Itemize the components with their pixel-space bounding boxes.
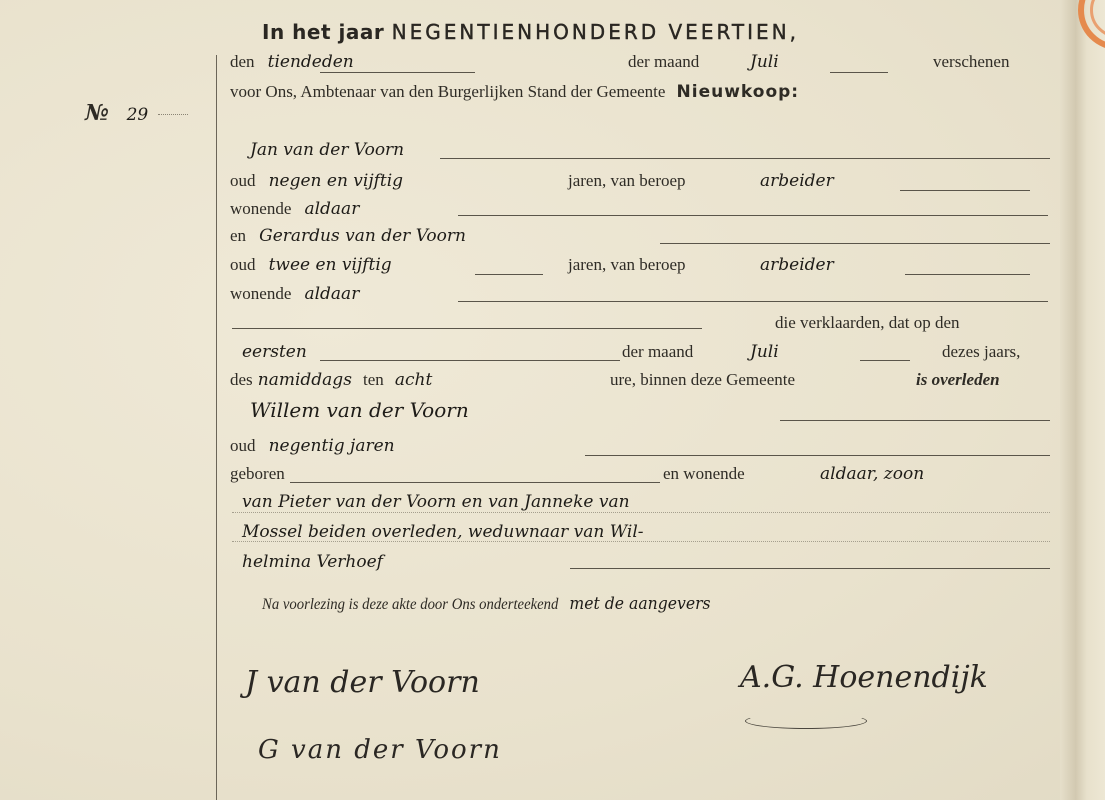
field-declarant-2-age: twee en vijftig — [269, 255, 392, 275]
rule — [232, 328, 702, 329]
field-declarant-1-occupation: arbeider — [760, 171, 834, 191]
rule — [900, 190, 1030, 191]
field-closing-hand: met de aangevers — [569, 594, 710, 614]
label-oud: oud — [230, 255, 256, 274]
margin-rule — [216, 55, 217, 800]
label-oud: oud — [230, 171, 256, 190]
page-title: In het jaar NEGENTIENHONDERD VEERTIEN, — [262, 20, 799, 44]
line-death-time: des namiddags ten acht ure, binnen deze … — [230, 370, 1050, 390]
field-death-day: eersten — [242, 342, 307, 362]
line-death-date: eersten der maand Juli dezes jaars, — [230, 342, 1050, 362]
label-jaren-beroep: jaren, van beroep — [568, 255, 686, 275]
label-des: des — [230, 370, 253, 389]
field-declarant-1-residence: aldaar — [304, 199, 359, 219]
municipality: Nieuwkoop: — [677, 82, 800, 102]
signature-flourish — [745, 713, 867, 729]
label-jaren-beroep: jaren, van beroep — [568, 171, 686, 191]
label-ten: ten — [363, 370, 384, 389]
dotrule — [232, 512, 1050, 513]
record-number-value: 29 — [127, 105, 149, 125]
line-spouse: helmina Verhoef — [230, 552, 1050, 572]
rule — [290, 482, 660, 483]
line-official: voor Ons, Ambtenaar van den Burgerlijken… — [230, 82, 1050, 102]
field-death-month: Juli — [750, 342, 779, 362]
field-deceased-name: Willem van der Voorn — [250, 398, 469, 422]
line-declarant-1-name: Jan van der Voorn — [230, 140, 1050, 160]
label-en-wonende: en wonende — [663, 464, 745, 484]
rule — [458, 215, 1048, 216]
field-deceased-residence: aldaar, zoon — [820, 464, 924, 484]
signature-official: A.G. Hoenendijk — [740, 660, 988, 695]
field-parents-continued: Mossel beiden overleden, weduwnaar van W… — [242, 522, 644, 542]
label-geboren: geboren — [230, 464, 285, 483]
rule — [860, 360, 910, 361]
label-oud: oud — [230, 436, 256, 455]
line-declarant-1-residence: wonende aldaar — [230, 199, 1050, 219]
field-spouse: helmina Verhoef — [242, 552, 383, 572]
field-declarant-1-age: negen en vijftig — [269, 171, 403, 191]
dotrule — [232, 541, 1050, 542]
field-month: Juli — [750, 52, 779, 72]
field-declarant-2-name: Gerardus van der Voorn — [259, 226, 466, 246]
title-prefix: In het jaar — [262, 20, 384, 44]
closing-text: Na voorlezing is deze akte door Ons onde… — [262, 596, 558, 613]
record-number-prefix: № — [85, 100, 109, 126]
line-parents-1: van Pieter van der Voorn en van Janneke … — [230, 492, 1050, 512]
field-day: tiendeden — [268, 52, 354, 72]
rule — [585, 455, 1050, 456]
field-parents: van Pieter van der Voorn en van Janneke … — [242, 492, 630, 512]
field-declarant-1-name: Jan van der Voorn — [250, 140, 404, 160]
page-fold-shadow — [1060, 0, 1105, 800]
line-declarant-2-age: oud twee en vijftig jaren, van beroep ar… — [230, 255, 1050, 275]
line-declarant-1-age: oud negen en vijftig jaren, van beroep a… — [230, 171, 1050, 191]
field-hour: acht — [395, 370, 432, 390]
label-verschenen: verschenen — [933, 52, 1009, 72]
label-binnen-gemeente: ure, binnen deze Gemeente — [610, 370, 795, 390]
label-verklaarden: die verklaarden, dat op den — [775, 313, 960, 333]
line-parents-2: Mossel beiden overleden, weduwnaar van W… — [230, 522, 1050, 542]
signature-declarant-2: G van der Voorn — [258, 735, 502, 765]
label-en: en — [230, 226, 246, 245]
line-date: den tiendeden der maand Juli verschenen — [230, 52, 1050, 72]
closing-statement: Na voorlezing is deze akte door Ons onde… — [262, 594, 711, 614]
label-den: den — [230, 52, 255, 71]
field-declarant-2-occupation: arbeider — [760, 255, 834, 275]
label-overleden: is overleden — [916, 370, 1000, 390]
line-birth-residence: geboren en wonende aldaar, zoon — [230, 464, 1050, 484]
title-year: NEGENTIENHONDERD VEERTIEN, — [392, 20, 799, 44]
rule — [780, 420, 1050, 421]
rule — [570, 568, 1050, 569]
rule — [475, 274, 543, 275]
label-dezes-jaars: dezes jaars, — [942, 342, 1020, 362]
record-number-dotline — [158, 114, 188, 115]
record-number: № 29 — [85, 100, 188, 126]
rule — [320, 72, 475, 73]
rule — [660, 243, 1050, 244]
label-wonende: wonende — [230, 199, 291, 218]
rule — [440, 158, 1050, 159]
field-deceased-age: negentig jaren — [269, 436, 395, 456]
field-declarant-2-residence: aldaar — [304, 284, 359, 304]
rule — [458, 301, 1048, 302]
field-time-of-day: namiddags — [258, 370, 352, 390]
label-der-maand: der maand — [622, 342, 693, 362]
rule — [320, 360, 620, 361]
label-der-maand: der maand — [628, 52, 699, 72]
label-wonende: wonende — [230, 284, 291, 303]
rule — [905, 274, 1030, 275]
signature-declarant-1: J van der Voorn — [245, 665, 480, 700]
label-official: voor Ons, Ambtenaar van den Burgerlijken… — [230, 82, 665, 101]
line-deceased-name: Willem van der Voorn — [230, 398, 1050, 422]
line-deceased-age: oud negentig jaren — [230, 436, 1050, 456]
rule — [830, 72, 888, 73]
